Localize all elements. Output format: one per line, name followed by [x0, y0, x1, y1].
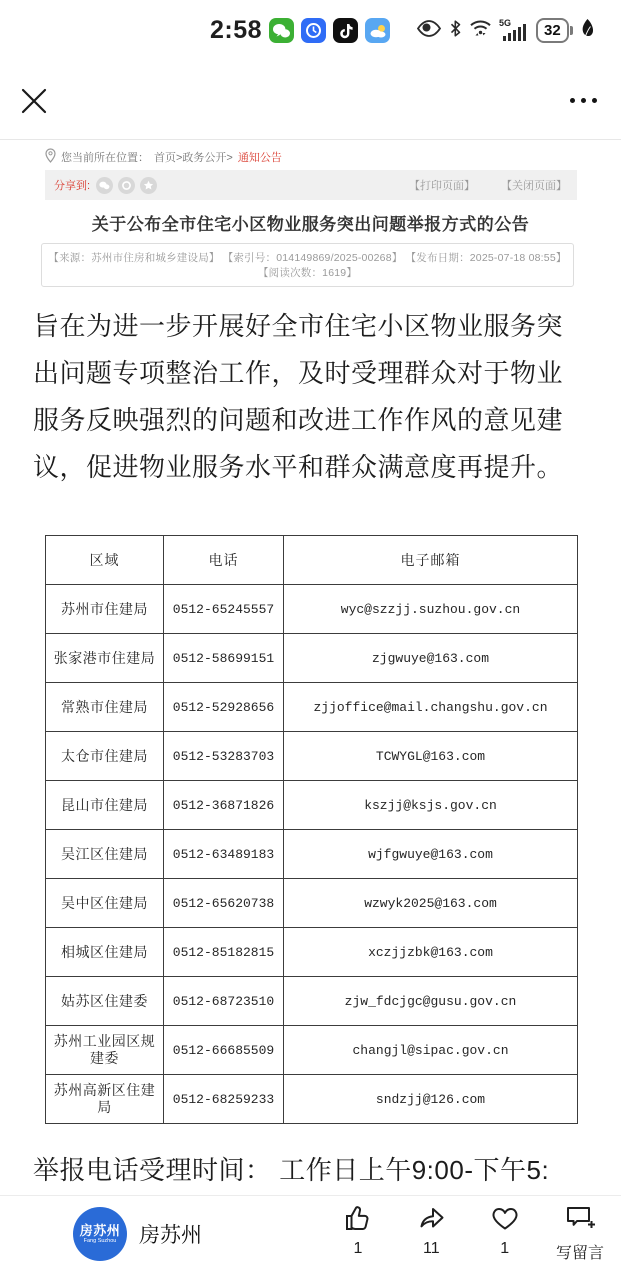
like-count: 1 [354, 1240, 363, 1258]
breadcrumb-path[interactable]: 首页>政务公开> [154, 149, 233, 165]
body-paragraph: 旨在为进一步开展好全市住宅小区物业服务突出问题专项整治工作，及时受理群众对于物业… [33, 303, 593, 491]
table-row: 苏州市住建局0512-65245557wyc@szzjj.suzhou.gov.… [46, 585, 578, 634]
phone-cell: 0512-53283703 [164, 732, 284, 781]
account-entry[interactable]: 房苏州 Fang Suzhou 房苏州 [73, 1207, 202, 1261]
body-line: 出问题专项整治工作，及时受理群众对于物业 [33, 350, 593, 397]
logo-subtext: Fang Suzhou [84, 1238, 117, 1245]
table-header-row: 区域电话电子邮箱 [46, 536, 578, 585]
favorite-count: 1 [500, 1240, 509, 1258]
table-row: 相城区住建局0512-85182815xczjjzbk@163.com [46, 928, 578, 977]
breadcrumb-current[interactable]: 通知公告 [238, 149, 282, 165]
region-cell: 苏州市住建局 [46, 585, 164, 634]
comment-plus-icon [564, 1204, 596, 1237]
email-cell: TCWYGL@163.com [284, 732, 578, 781]
divider [0, 139, 621, 140]
phone-cell: 0512-68723510 [164, 977, 284, 1026]
account-logo: 房苏州 Fang Suzhou [73, 1207, 127, 1261]
more-menu-icon[interactable] [570, 98, 597, 103]
logo-text: 房苏州 [80, 1224, 121, 1238]
forward-count: 11 [423, 1240, 440, 1258]
email-cell: xczjjzbk@163.com [284, 928, 578, 977]
table-row: 张家港市住建局0512-58699151zjgwuye@163.com [46, 634, 578, 683]
table-row: 吴中区住建局0512-65620738wzwyk2025@163.com [46, 879, 578, 928]
battery-indicator: 32 [536, 18, 573, 43]
body-line: 服务反映强烈的问题和改进工作作风的意见建 [33, 397, 593, 444]
account-name: 房苏州 [139, 1219, 202, 1249]
bluetooth-icon [449, 19, 462, 43]
compass-browser-icon [301, 18, 326, 43]
breadcrumb-prefix: 您当前所在位置： [61, 149, 149, 165]
phone-cell: 0512-58699151 [164, 634, 284, 683]
region-cell: 苏州高新区住建局 [46, 1075, 164, 1124]
signal-strength-icon: 5G [499, 20, 529, 42]
region-cell: 昆山市住建局 [46, 781, 164, 830]
print-page-button[interactable]: 【打印页面】 [409, 177, 475, 193]
comment-label: 写留言 [556, 1240, 604, 1263]
phone-cell: 0512-68259233 [164, 1075, 284, 1124]
body-line: 旨在为进一步开展好全市住宅小区物业服务突 [33, 303, 593, 350]
comment-button[interactable]: 写留言 [556, 1204, 604, 1263]
phone-cell: 0512-65620738 [164, 879, 284, 928]
share-to-label: 分享到: [54, 177, 90, 193]
share-arrow-icon [416, 1204, 446, 1237]
share-favorite-icon[interactable] [140, 177, 157, 194]
status-bar: 2:58 5G [0, 0, 621, 60]
close-page-button[interactable]: 【关闭页面】 [501, 177, 567, 193]
table-row: 太仓市住建局0512-53283703TCWYGL@163.com [46, 732, 578, 781]
page-title: 关于公布全市住宅小区物业服务突出问题举报方式的公告 [0, 210, 621, 235]
phone-cell: 0512-66685509 [164, 1026, 284, 1075]
region-cell: 相城区住建局 [46, 928, 164, 977]
power-saving-leaf-icon [580, 18, 594, 43]
email-cell: wjfgwuye@163.com [284, 830, 578, 879]
battery-level: 32 [536, 18, 569, 43]
wechat-article-screen: 2:58 5G [0, 0, 621, 1280]
region-cell: 张家港市住建局 [46, 634, 164, 683]
eye-comfort-icon [416, 20, 442, 42]
email-cell: sndzjj@126.com [284, 1075, 578, 1124]
table-row: 昆山市住建局0512-36871826kszjj@ksjs.gov.cn [46, 781, 578, 830]
contact-table: 区域电话电子邮箱 苏州市住建局0512-65245557wyc@szzjj.su… [45, 535, 578, 1124]
wifi-icon [469, 19, 492, 43]
hotline-hours-text: 举报电话受理时间： 工作日上午9:00-下午5: [33, 1150, 608, 1187]
email-cell: zjgwuye@163.com [284, 634, 578, 683]
phone-cell: 0512-65245557 [164, 585, 284, 634]
email-cell: wzwyk2025@163.com [284, 879, 578, 928]
weather-icon [365, 18, 390, 43]
tiktok-icon [333, 18, 358, 43]
like-button[interactable]: 1 [336, 1204, 380, 1263]
breadcrumb: 您当前所在位置： 首页>政务公开> 通知公告 [45, 148, 282, 166]
close-icon[interactable] [19, 86, 49, 116]
email-cell: kszjj@ksjs.gov.cn [284, 781, 578, 830]
favorite-button[interactable]: 1 [483, 1204, 527, 1263]
phone-cell: 0512-85182815 [164, 928, 284, 977]
location-pin-icon [45, 148, 56, 166]
region-cell: 太仓市住建局 [46, 732, 164, 781]
webview-nav-bar [0, 74, 621, 138]
column-header: 电子邮箱 [284, 536, 578, 585]
email-cell: changjl@sipac.gov.cn [284, 1026, 578, 1075]
region-cell: 吴中区住建局 [46, 879, 164, 928]
region-cell: 吴江区住建局 [46, 830, 164, 879]
phone-cell: 0512-52928656 [164, 683, 284, 732]
phone-cell: 0512-63489183 [164, 830, 284, 879]
email-cell: zjjoffice@mail.changshu.gov.cn [284, 683, 578, 732]
table-row: 常熟市住建局0512-52928656zjjoffice@mail.changs… [46, 683, 578, 732]
thumbs-up-icon [343, 1204, 373, 1237]
table-row: 苏州工业园区规建委0512-66685509changjl@sipac.gov.… [46, 1026, 578, 1075]
table-row: 苏州高新区住建局0512-68259233sndzjj@126.com [46, 1075, 578, 1124]
share-bar: 分享到: 【打印页面】 【关闭页面】 [45, 170, 577, 200]
phone-cell: 0512-36871826 [164, 781, 284, 830]
table-row: 姑苏区住建委0512-68723510zjw_fdcjgc@gusu.gov.c… [46, 977, 578, 1026]
bottom-action-bar: 房苏州 Fang Suzhou 房苏州 1 11 [0, 1195, 621, 1280]
region-cell: 常熟市住建局 [46, 683, 164, 732]
clock-time: 2:58 [210, 16, 262, 45]
region-cell: 姑苏区住建委 [46, 977, 164, 1026]
share-wechat-icon[interactable] [96, 177, 113, 194]
share-weibo-icon[interactable] [118, 177, 135, 194]
email-cell: zjw_fdcjgc@gusu.gov.cn [284, 977, 578, 1026]
body-line: 议，促进物业服务水平和群众满意度再提升。 [33, 444, 593, 491]
forward-button[interactable]: 11 [409, 1204, 453, 1263]
region-cell: 苏州工业园区规建委 [46, 1026, 164, 1075]
heart-icon [490, 1204, 520, 1237]
column-header: 区域 [46, 536, 164, 585]
table-row: 吴江区住建局0512-63489183wjfgwuye@163.com [46, 830, 578, 879]
column-header: 电话 [164, 536, 284, 585]
wechat-icon [269, 18, 294, 43]
article-meta: 【来源：苏州市住房和城乡建设局】 【索引号：014149869/2025-002… [41, 243, 574, 287]
email-cell: wyc@szzjj.suzhou.gov.cn [284, 585, 578, 634]
